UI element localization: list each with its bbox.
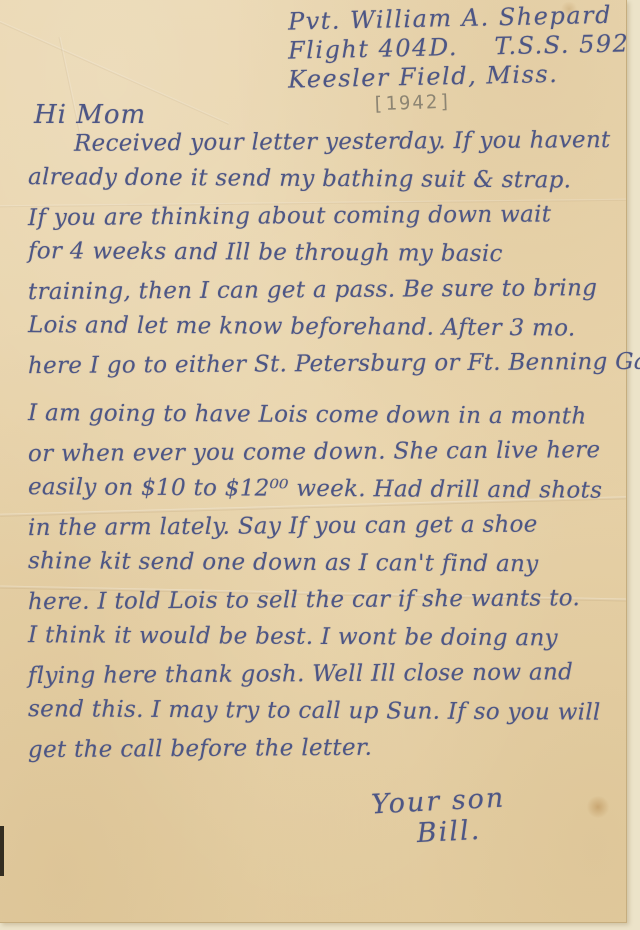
letter-line: Lois and let me know beforehand. After 3… [28, 307, 632, 348]
closing-block: Your son Bill. [370, 783, 507, 852]
letter-line: shine kit send one down as I can't find … [28, 543, 632, 584]
letter-line: Received your letter yesterday. If you h… [28, 122, 632, 163]
scan-edge-artifact [0, 826, 4, 876]
date-annotation: [1942] [372, 91, 453, 116]
letter-line: easily on $10 to $12⁰⁰ week. Had drill a… [28, 469, 632, 510]
letter-line: for 4 weeks and Ill be through my basic [28, 233, 632, 274]
letter-line: training, then I can get a pass. Be sure… [28, 270, 632, 311]
letter-scan: Pvt. William A. Shepard Flight 404D. T.S… [0, 0, 640, 930]
letter-line: flying here thank gosh. Well Ill close n… [28, 654, 632, 695]
letter-line: or when ever you come down. She can live… [28, 432, 632, 473]
return-address-block: Pvt. William A. Shepard Flight 404D. T.S… [288, 4, 633, 91]
letter-line: here I go to either St. Petersburg or Ft… [28, 344, 632, 385]
letter-line: get the call before the letter. [28, 728, 632, 769]
letter-line: I am going to have Lois come down in a m… [28, 395, 632, 436]
letter-line: already done it send my bathing suit & s… [28, 159, 632, 200]
letter-line: in the arm lately. Say If you can get a … [28, 506, 632, 547]
letter-line: If you are thinking about coming down wa… [28, 196, 632, 237]
letter-line: send this. I may try to call up Sun. If … [28, 691, 632, 732]
letter-line: here. I told Lois to sell the car if she… [28, 580, 632, 621]
letter-body: Received your letter yesterday. If you h… [28, 124, 632, 767]
sender-location: Keesler Field, Miss. [288, 58, 634, 94]
letter-line: I think it would be best. I wont be doin… [28, 617, 632, 658]
signature: Bill. [416, 813, 508, 849]
